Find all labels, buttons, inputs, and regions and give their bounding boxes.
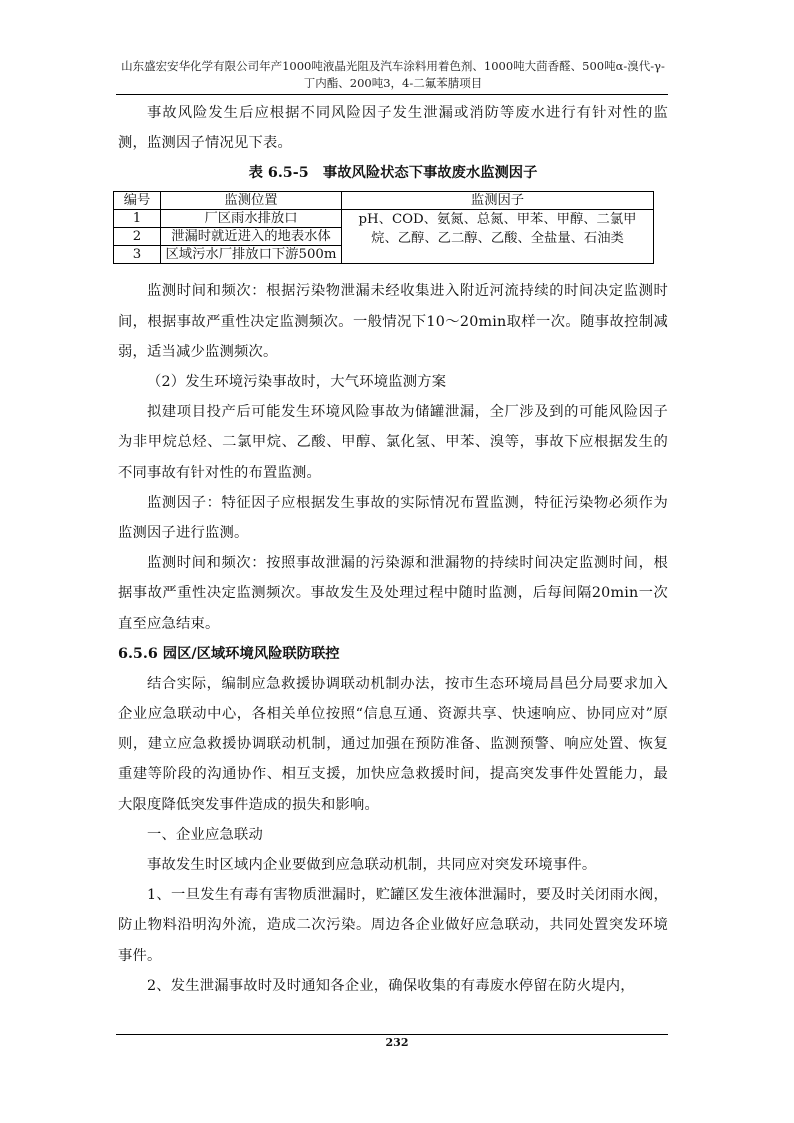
page-body: 事故风险发生后应根据不同风险因子发生泄漏或消防等废水进行有针对性的监测，监测因子… <box>118 98 668 1001</box>
row-number: 3 <box>114 246 161 264</box>
air-risk-paragraph: 拟建项目投产后可能发生环境风险事故为储罐泄漏，全厂涉及到的可能风险因子为非甲烷总… <box>118 397 668 488</box>
subheading-air-monitoring: （2）发生环境污染事故时，大气环境监测方案 <box>118 367 668 397</box>
running-header-line-2: 丁内酯、200吨3，4-二氟苯腈项目 <box>118 75 668 92</box>
list-item-2: 2、发生泄漏事故时及时通知各企业，确保收集的有毒废水停留在防火堤内， <box>118 971 668 1001</box>
header-divider <box>116 94 668 95</box>
row-location: 厂区雨水排放口 <box>161 210 342 228</box>
column-header-location: 监测位置 <box>161 192 342 210</box>
enterprise-linkage-paragraph: 事故发生时区域内企业要做到应急联动机制，共同应对突发环境事件。 <box>118 850 668 880</box>
row-number: 1 <box>114 210 161 228</box>
column-header-number: 编号 <box>114 192 161 210</box>
running-header-line-1: 山东盛宏安华化学有限公司年产1000吨液晶光阻及汽车涂料用着色剂、1000吨大茴… <box>118 58 668 75</box>
monitoring-time-frequency-air: 监测时间和频次：按照事故泄漏的污染源和泄漏物的持续时间决定监测时间，根据事故严重… <box>118 548 668 639</box>
table-header-row: 编号 监测位置 监测因子 <box>114 192 654 210</box>
row-number: 2 <box>114 228 161 246</box>
monitoring-time-frequency-water: 监测时间和频次：根据污染物泄漏未经收集进入附近河流持续的时间决定监测时间，根据事… <box>118 276 668 367</box>
subheading-enterprise-linkage: 一、企业应急联动 <box>118 820 668 850</box>
row-location: 泄漏时就近进入的地表水体 <box>161 228 342 246</box>
table-row: 1 厂区雨水排放口 pH、COD、氨氮、总氮、甲苯、甲醇、二氯甲烷、乙醇、乙二醇… <box>114 210 654 228</box>
intro-paragraph: 事故风险发生后应根据不同风险因子发生泄漏或消防等废水进行有针对性的监测，监测因子… <box>118 98 668 158</box>
row-location: 区域污水厂排放口下游500m <box>161 246 342 264</box>
monitoring-factors-table: 编号 监测位置 监测因子 1 厂区雨水排放口 pH、COD、氨氮、总氮、甲苯、甲… <box>113 191 654 264</box>
list-item-1: 1、一旦发生有毒有害物质泄漏时，贮罐区发生液体泄漏时，要及时关闭雨水阀，防止物料… <box>118 880 668 971</box>
linkage-paragraph: 结合实际，编制应急救援协调联动机制办法，按市生态环境局昌邑分局要求加入企业应急联… <box>118 669 668 820</box>
running-header: 山东盛宏安华化学有限公司年产1000吨液晶光阻及汽车涂料用着色剂、1000吨大茴… <box>118 58 668 92</box>
footer-divider <box>116 1034 668 1035</box>
column-header-factors: 监测因子 <box>342 192 654 210</box>
section-heading-6-5-6: 6.5.6 园区/区域环境风险联防联控 <box>118 639 668 669</box>
monitoring-factor-paragraph: 监测因子：特征因子应根据发生事故的实际情况布置监测，特征污染物必须作为监测因子进… <box>118 488 668 548</box>
monitoring-factors-cell: pH、COD、氨氮、总氮、甲苯、甲醇、二氯甲烷、乙醇、乙二醇、乙酸、全盐量、石油… <box>342 210 654 264</box>
page-number: 232 <box>0 1036 794 1049</box>
table-caption: 表 6.5-5 事故风险状态下事故废水监测因子 <box>118 160 668 186</box>
